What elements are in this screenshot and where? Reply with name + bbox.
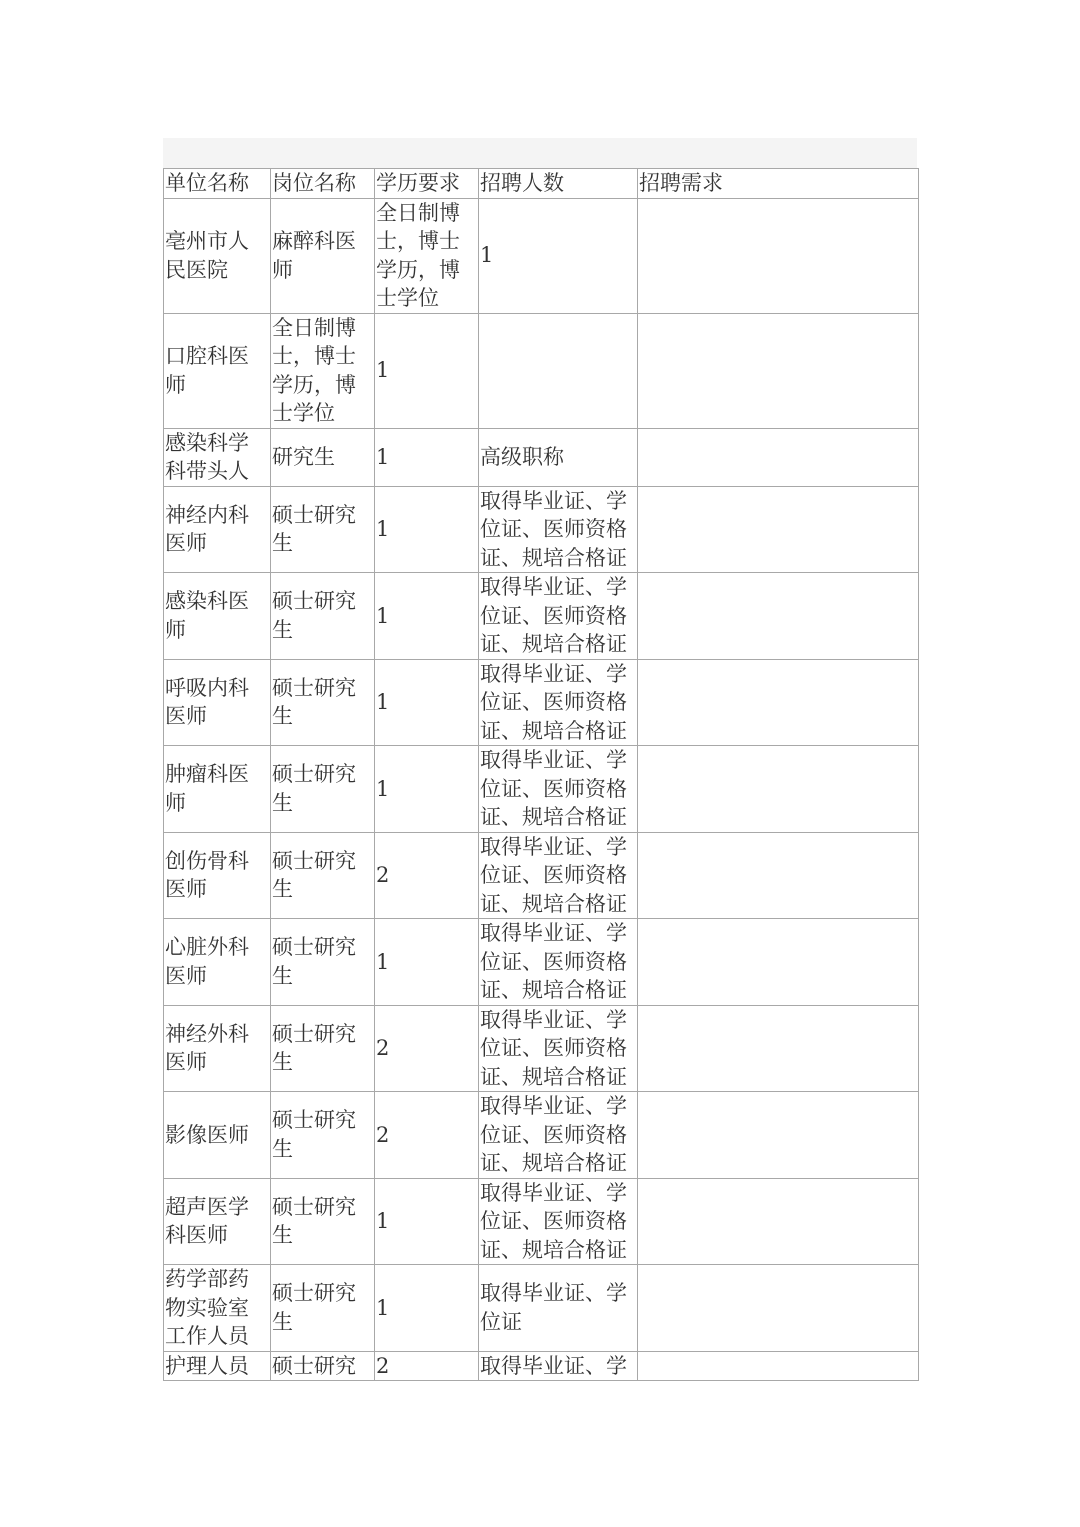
cell-education: 2 — [375, 1005, 479, 1092]
cell-count: 取得毕业证、学位证、医师资格证、规培合格证 — [479, 832, 638, 919]
table-header-row: 单位名称 岗位名称 学历要求 招聘人数 招聘需求 — [164, 169, 919, 199]
cell-count: 取得毕业证、学位证、医师资格证、规培合格证 — [479, 746, 638, 833]
cell-count: 取得毕业证、学位证、医师资格证、规培合格证 — [479, 1178, 638, 1265]
cell-position: 硕士研究生 — [271, 1178, 375, 1265]
table-row: 口腔科医师 全日制博士，博士学历，博士学位 1 — [164, 313, 919, 428]
recruitment-table: 单位名称 岗位名称 学历要求 招聘人数 招聘需求 亳州市人民医院 麻醉科医师 全… — [163, 168, 919, 1381]
cell-position: 硕士研究 — [271, 1351, 375, 1381]
cell-position: 研究生 — [271, 428, 375, 486]
header-count: 招聘人数 — [479, 169, 638, 199]
cell-requirement — [638, 1351, 919, 1381]
cell-education: 1 — [375, 1178, 479, 1265]
table-row: 影像医师 硕士研究生 2 取得毕业证、学位证、医师资格证、规培合格证 — [164, 1092, 919, 1179]
cell-requirement — [638, 1265, 919, 1352]
cell-unit: 神经外科医师 — [164, 1005, 271, 1092]
cell-position: 麻醉科医师 — [271, 198, 375, 313]
cell-education: 1 — [375, 919, 479, 1006]
table-row: 感染科学科带头人 研究生 1 高级职称 — [164, 428, 919, 486]
cell-unit: 创伤骨科医师 — [164, 832, 271, 919]
cell-education: 1 — [375, 573, 479, 660]
table-row: 创伤骨科医师 硕士研究生 2 取得毕业证、学位证、医师资格证、规培合格证 — [164, 832, 919, 919]
cell-education: 2 — [375, 1351, 479, 1381]
table-row: 呼吸内科医师 硕士研究生 1 取得毕业证、学位证、医师资格证、规培合格证 — [164, 659, 919, 746]
cell-requirement — [638, 486, 919, 573]
cell-unit: 超声医学科医师 — [164, 1178, 271, 1265]
cell-education: 2 — [375, 1092, 479, 1179]
header-unit-name: 单位名称 — [164, 169, 271, 199]
cell-education: 1 — [375, 659, 479, 746]
cell-position: 硕士研究生 — [271, 919, 375, 1006]
cell-unit: 感染科医师 — [164, 573, 271, 660]
cell-count: 取得毕业证、学 — [479, 1351, 638, 1381]
table-row: 神经内科医师 硕士研究生 1 取得毕业证、学位证、医师资格证、规培合格证 — [164, 486, 919, 573]
cell-education: 1 — [375, 1265, 479, 1352]
cell-requirement — [638, 659, 919, 746]
cell-requirement — [638, 832, 919, 919]
cell-requirement — [638, 746, 919, 833]
cell-position: 硕士研究生 — [271, 832, 375, 919]
table-row: 心脏外科医师 硕士研究生 1 取得毕业证、学位证、医师资格证、规培合格证 — [164, 919, 919, 1006]
cell-count: 取得毕业证、学位证、医师资格证、规培合格证 — [479, 659, 638, 746]
cell-education: 1 — [375, 428, 479, 486]
table-row: 药学部药物实验室工作人员 硕士研究生 1 取得毕业证、学位证 — [164, 1265, 919, 1352]
cell-requirement — [638, 313, 919, 428]
cell-requirement — [638, 573, 919, 660]
cell-position: 硕士研究生 — [271, 1092, 375, 1179]
cell-education: 1 — [375, 313, 479, 428]
cell-count: 取得毕业证、学位证、医师资格证、规培合格证 — [479, 573, 638, 660]
table-row: 亳州市人民医院 麻醉科医师 全日制博士，博士学历，博士学位 1 — [164, 198, 919, 313]
cell-education: 1 — [375, 746, 479, 833]
cell-requirement — [638, 1005, 919, 1092]
cell-position: 硕士研究生 — [271, 1265, 375, 1352]
cell-position: 硕士研究生 — [271, 659, 375, 746]
cell-education: 2 — [375, 832, 479, 919]
cell-unit: 呼吸内科医师 — [164, 659, 271, 746]
header-education: 学历要求 — [375, 169, 479, 199]
table-row: 护理人员 硕士研究 2 取得毕业证、学 — [164, 1351, 919, 1381]
cell-count: 取得毕业证、学位证、医师资格证、规培合格证 — [479, 1005, 638, 1092]
cell-count: 1 — [479, 198, 638, 313]
cell-unit: 口腔科医师 — [164, 313, 271, 428]
table-row: 神经外科医师 硕士研究生 2 取得毕业证、学位证、医师资格证、规培合格证 — [164, 1005, 919, 1092]
cell-position: 全日制博士，博士学历，博士学位 — [271, 313, 375, 428]
cell-count: 高级职称 — [479, 428, 638, 486]
cell-unit: 影像医师 — [164, 1092, 271, 1179]
table-row: 感染科医师 硕士研究生 1 取得毕业证、学位证、医师资格证、规培合格证 — [164, 573, 919, 660]
cell-count: 取得毕业证、学位证 — [479, 1265, 638, 1352]
cell-count: 取得毕业证、学位证、医师资格证、规培合格证 — [479, 486, 638, 573]
header-position-name: 岗位名称 — [271, 169, 375, 199]
cell-position: 硕士研究生 — [271, 486, 375, 573]
table-row: 超声医学科医师 硕士研究生 1 取得毕业证、学位证、医师资格证、规培合格证 — [164, 1178, 919, 1265]
cell-unit: 药学部药物实验室工作人员 — [164, 1265, 271, 1352]
cell-position: 硕士研究生 — [271, 746, 375, 833]
header-requirement: 招聘需求 — [638, 169, 919, 199]
cell-position: 硕士研究生 — [271, 573, 375, 660]
cell-position: 硕士研究生 — [271, 1005, 375, 1092]
cell-requirement — [638, 1092, 919, 1179]
cell-count: 取得毕业证、学位证、医师资格证、规培合格证 — [479, 919, 638, 1006]
cell-unit: 亳州市人民医院 — [164, 198, 271, 313]
cell-requirement — [638, 198, 919, 313]
cell-unit: 神经内科医师 — [164, 486, 271, 573]
cell-requirement — [638, 919, 919, 1006]
cell-education: 1 — [375, 486, 479, 573]
cell-unit: 肿瘤科医师 — [164, 746, 271, 833]
cell-count: 取得毕业证、学位证、医师资格证、规培合格证 — [479, 1092, 638, 1179]
cell-unit: 护理人员 — [164, 1351, 271, 1381]
cell-unit: 心脏外科医师 — [164, 919, 271, 1006]
cell-unit: 感染科学科带头人 — [164, 428, 271, 486]
table-row: 肿瘤科医师 硕士研究生 1 取得毕业证、学位证、医师资格证、规培合格证 — [164, 746, 919, 833]
cell-requirement — [638, 1178, 919, 1265]
cell-count — [479, 313, 638, 428]
cell-requirement — [638, 428, 919, 486]
table-top-strip — [163, 138, 917, 168]
cell-education: 全日制博士，博士学历，博士学位 — [375, 198, 479, 313]
